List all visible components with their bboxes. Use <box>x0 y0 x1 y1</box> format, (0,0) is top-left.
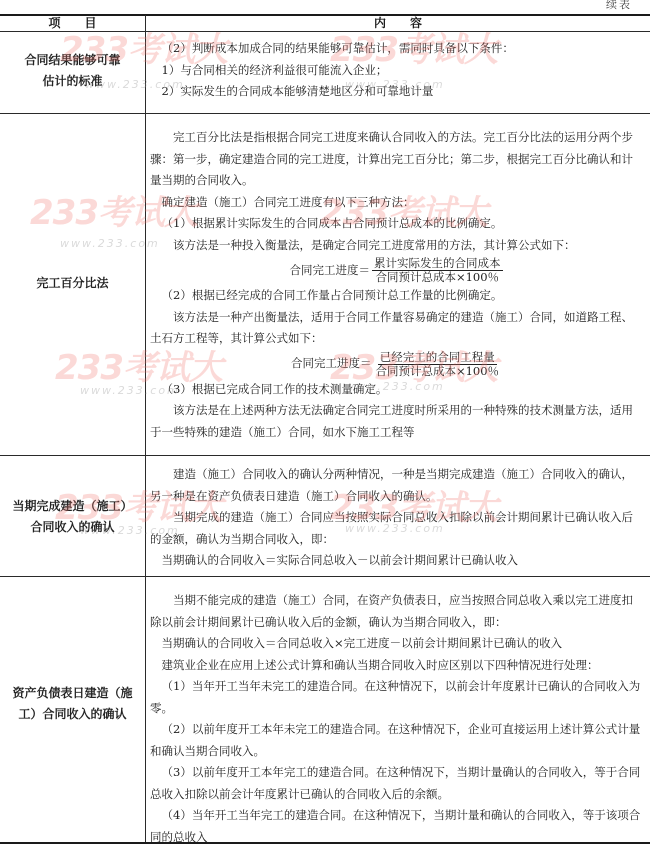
label-line: 当期完成建造（施工） <box>0 496 145 517</box>
row-divider <box>0 455 650 456</box>
paragraph: （1）根据累计实际发生的合同成本占合同预计总成本的比例确定。 <box>150 213 642 235</box>
fraction: 累计实际发生的合同成本 合同预计总成本×100％ <box>372 257 503 284</box>
paragraph: 当期确认的合同收入＝实际合同总收入－以前会计期间累计已确认收入 <box>150 550 642 572</box>
paragraph: （1）当年开工当年未完工的建造合同。在这种情况下，以前会计年度累计已确认的合同收… <box>150 676 642 719</box>
formula-denominator: 合同预计总成本×100％ <box>373 365 501 378</box>
paragraph: 当期确认的合同收入＝合同总收入×完工进度－以前会计期间累计已确认的收入 <box>150 633 642 655</box>
paragraph: （2）判断成本加成合同的结果能够可靠估计，需同时具备以下条件： <box>150 38 642 60</box>
paragraph: 完工百分比法是指根据合同完工进度来确认合同收入的方法。完工百分比法的运用分两个步… <box>150 127 642 192</box>
table-bottom-rule <box>0 842 650 844</box>
paragraph: 建筑业企业在应用上述公式计算和确认当期合同收入时应区别以下四种情况进行处理： <box>150 655 642 677</box>
paragraph: 2）实际发生的合同成本能够清楚地区分和可靠地计量 <box>150 81 642 103</box>
formula-numerator: 累计实际发生的合同成本 <box>372 257 503 271</box>
paragraph: 该方法是在上述两种方法无法确定合同完工进度时所采用的一种特殊的技术测量方法，适用… <box>150 400 642 443</box>
row-label-reliable-estimate: 合同结果能够可靠 估计的标准 <box>0 50 145 92</box>
paragraph: （3）根据已完成合同工作的技术测量确定。 <box>150 379 642 401</box>
row-label-current-completed: 当期完成建造（施工） 合同收入的确认 <box>0 496 145 538</box>
label-line: 完工百分比法 <box>0 273 145 294</box>
continued-label: 续表 <box>606 0 632 12</box>
paragraph: （3）以前年度开工本年完工的建造合同。在这种情况下，当期计量确认的合同收入，等于… <box>150 762 642 805</box>
row-content-current-completed: 建造（施工）合同收入的确认分两种情况，一种是当期完成建造（施工）合同收入的确认，… <box>150 464 642 572</box>
label-line: 估计的标准 <box>0 71 145 92</box>
formula-lhs: 合同完工进度＝ <box>290 260 371 282</box>
formula-lhs: 合同完工进度＝ <box>291 353 372 375</box>
paragraph: 建造（施工）合同收入的确认分两种情况，一种是当期完成建造（施工）合同收入的确认，… <box>150 464 642 507</box>
paragraph: 当期完成的建造（施工）合同应当按照实际合同总收入扣除以前会计期间累计已确认收入后… <box>150 507 642 550</box>
row-divider <box>0 113 650 114</box>
row-content-balance-sheet-date: 当期不能完成的建造（施工）合同，在资产负债表日，应当按照合同总收入乘以完工进度扣… <box>150 590 642 848</box>
formula-numerator: 已经完工的合同工程量 <box>378 351 497 365</box>
paragraph: 该方法是一种产出衡量法，适用于合同工作量容易确定的建造（施工）合同，如道路工程、… <box>150 307 642 350</box>
header-item: 项 目 <box>0 16 145 31</box>
label-line: 工）合同收入的确认 <box>0 704 145 725</box>
row-divider <box>0 576 650 577</box>
formula-denominator: 合同预计总成本×100％ <box>373 271 501 284</box>
formula-output-measure: 合同完工进度＝ 已经完工的合同工程量 合同预计总成本×100％ <box>150 351 642 378</box>
label-line: 合同结果能够可靠 <box>0 50 145 71</box>
paragraph: （2）根据已经完成的合同工作量占合同预计总工作量的比例确定。 <box>150 285 642 307</box>
formula-input-measure: 合同完工进度＝ 累计实际发生的合同成本 合同预计总成本×100％ <box>150 257 642 284</box>
label-line: 合同收入的确认 <box>0 517 145 538</box>
header-divider <box>0 31 650 32</box>
label-line: 资产负债表日建造（施 <box>0 683 145 704</box>
header-content: 内 容 <box>146 16 650 31</box>
row-content-reliable-estimate: （2）判断成本加成合同的结果能够可靠估计，需同时具备以下条件： 1）与合同相关的… <box>150 38 642 103</box>
column-divider <box>145 15 146 843</box>
paragraph: 确定建造（施工）合同完工进度有以下三种方法： <box>150 192 642 214</box>
paragraph: 1）与合同相关的经济利益很可能流入企业； <box>150 60 642 82</box>
fraction: 已经完工的合同工程量 合同预计总成本×100％ <box>373 351 501 378</box>
paragraph: 当期不能完成的建造（施工）合同，在资产负债表日，应当按照合同总收入乘以完工进度扣… <box>150 590 642 633</box>
row-label-balance-sheet-date: 资产负债表日建造（施 工）合同收入的确认 <box>0 683 145 725</box>
paragraph: （2）以前年度开工本年未完工的建造合同。在这种情况下，企业可直接运用上述计算公式… <box>150 719 642 762</box>
row-content-percentage-completion: 完工百分比法是指根据合同完工进度来确认合同收入的方法。完工百分比法的运用分两个步… <box>150 127 642 443</box>
row-label-percentage-completion: 完工百分比法 <box>0 273 145 294</box>
paragraph: 该方法是一种投入衡量法，是确定合同完工进度常用的方法，其计算公式如下： <box>150 235 642 257</box>
